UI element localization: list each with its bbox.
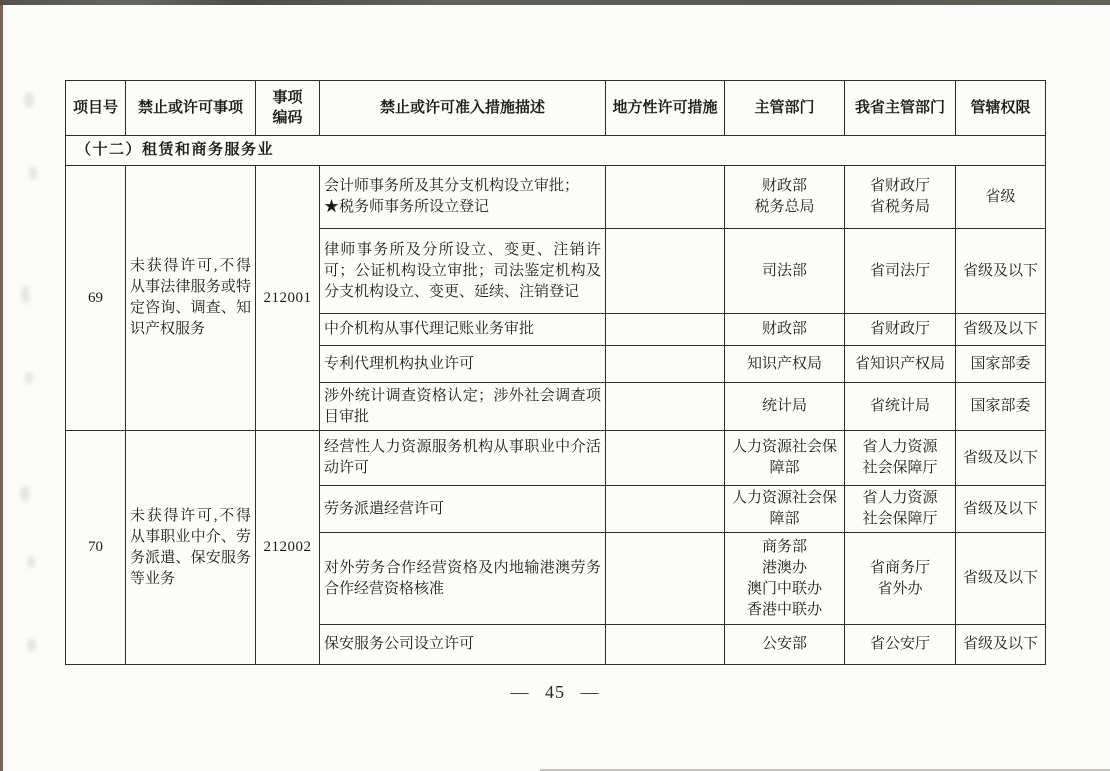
local-measure-cell [606, 383, 725, 431]
dept-cell: 知识产权局 [725, 346, 845, 383]
authority-cell: 省级及以下 [956, 314, 1046, 346]
measure-cell: 中介机构从事代理记账业务审批 [320, 314, 606, 346]
dept-cell: 人力资源社会保 障部 [725, 486, 845, 533]
province-dept-cell: 省人力资源 社会保障厅 [845, 486, 956, 533]
code-cell: 212001 [256, 166, 320, 431]
province-dept-cell: 省统计局 [845, 383, 956, 431]
measure-cell: 劳务派遣经营许可 [320, 486, 606, 533]
dept-cell: 财政部 [725, 314, 845, 346]
authority-cell: 省级及以下 [956, 533, 1046, 625]
local-measure-cell [606, 533, 725, 625]
dept-cell: 商务部 港澳办 澳门中联办 香港中联办 [725, 533, 845, 625]
local-measure-cell [606, 346, 725, 383]
scan-smudge [24, 92, 34, 108]
negative-list-table: 项目号 禁止或许可事项 事项 编码 禁止或许可准入措施描述 地方性许可措施 主管… [65, 80, 1046, 665]
authority-cell: 省级及以下 [956, 486, 1046, 533]
table-row: 69 未获得许可,不得从事法律服务或特定咨询、调查、知识产权服务 212001 … [66, 166, 1046, 229]
province-dept-cell: 省财政厅 省税务局 [845, 166, 956, 229]
header-province-dept: 我省主管部门 [845, 81, 956, 136]
local-measure-cell [606, 431, 725, 486]
measure-cell: 专利代理机构执业许可 [320, 346, 606, 383]
measure-cell: 经营性人力资源服务机构从事职业中介活动许可 [320, 431, 606, 486]
scan-smudge [21, 286, 30, 304]
authority-cell: 国家部委 [956, 346, 1046, 383]
local-measure-cell [606, 314, 725, 346]
scan-smudge [29, 166, 37, 180]
item-no-cell: 69 [66, 166, 126, 431]
scan-smudge [20, 486, 30, 502]
header-dept: 主管部门 [725, 81, 845, 136]
page-number: — 45 — [0, 682, 1110, 703]
scanned-document-page: 项目号 禁止或许可事项 事项 编码 禁止或许可准入措施描述 地方性许可措施 主管… [0, 0, 1110, 771]
local-measure-cell [606, 229, 725, 314]
measure-cell: 会计师事务所及其分支机构设立审批； ★税务师事务所设立登记 [320, 166, 606, 229]
authority-cell: 国家部委 [956, 383, 1046, 431]
scan-edge-top [0, 0, 1110, 5]
scan-smudge [27, 638, 36, 652]
table-header-row: 项目号 禁止或许可事项 事项 编码 禁止或许可准入措施描述 地方性许可措施 主管… [66, 81, 1046, 136]
province-dept-cell: 省人力资源 社会保障厅 [845, 431, 956, 486]
section-title: （十二）租赁和商务服务业 [66, 136, 1046, 166]
dept-cell: 人力资源社会保 障部 [725, 431, 845, 486]
section-row: （十二）租赁和商务服务业 [66, 136, 1046, 166]
province-dept-cell: 省财政厅 [845, 314, 956, 346]
measure-cell: 律师事务所及分所设立、变更、注销许可；公证机构设立审批；司法鉴定机构及分支机构设… [320, 229, 606, 314]
dept-cell: 公安部 [725, 625, 845, 665]
measure-cell: 保安服务公司设立许可 [320, 625, 606, 665]
local-measure-cell [606, 166, 725, 229]
province-dept-cell: 省公安厅 [845, 625, 956, 665]
code-cell: 212002 [256, 431, 320, 665]
province-dept-cell: 省知识产权局 [845, 346, 956, 383]
scan-edge-left [0, 4, 3, 771]
header-item-no: 项目号 [66, 81, 126, 136]
authority-cell: 省级及以下 [956, 431, 1046, 486]
measure-cell: 对外劳务合作经营资格及内地输港澳劳务合作经营资格核准 [320, 533, 606, 625]
scan-smudge [25, 372, 33, 384]
province-dept-cell: 省司法厅 [845, 229, 956, 314]
authority-cell: 省级及以下 [956, 625, 1046, 665]
table-row: 70 未获得许可,不得从事职业中介、劳务派遣、保安服务等业务 212002 经营… [66, 431, 1046, 486]
authority-cell: 省级及以下 [956, 229, 1046, 314]
dept-cell: 司法部 [725, 229, 845, 314]
measure-cell: 涉外统计调查资格认定；涉外社会调查项目审批 [320, 383, 606, 431]
header-measure-desc: 禁止或许可准入措施描述 [320, 81, 606, 136]
header-code: 事项 编码 [256, 81, 320, 136]
matter-cell: 未获得许可,不得从事职业中介、劳务派遣、保安服务等业务 [126, 431, 256, 665]
header-matter: 禁止或许可事项 [126, 81, 256, 136]
province-dept-cell: 省商务厅 省外办 [845, 533, 956, 625]
scan-smudge [27, 556, 35, 568]
header-authority: 管辖权限 [956, 81, 1046, 136]
item-no-cell: 70 [66, 431, 126, 665]
dept-cell: 财政部 税务总局 [725, 166, 845, 229]
header-local-measure: 地方性许可措施 [606, 81, 725, 136]
authority-cell: 省级 [956, 166, 1046, 229]
local-measure-cell [606, 486, 725, 533]
matter-cell: 未获得许可,不得从事法律服务或特定咨询、调查、知识产权服务 [126, 166, 256, 431]
local-measure-cell [606, 625, 725, 665]
dept-cell: 统计局 [725, 383, 845, 431]
